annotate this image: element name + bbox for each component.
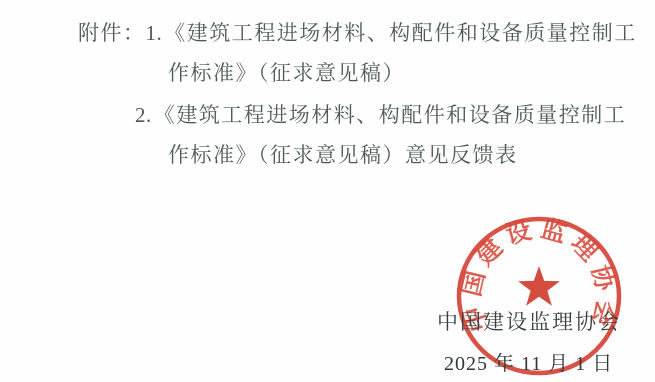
attachment-item-2-line-2: 作标准》（征求意见稿）意见反馈表	[168, 139, 518, 169]
attachment-label: 附件：	[78, 21, 146, 45]
attachment-item-1-line-1: 附件：1.《建筑工程进场材料、构配件和设备质量控制工	[78, 17, 637, 47]
attachment-item-1-text-cont: 作标准》（征求意见稿）	[168, 61, 405, 85]
attachment-item-2-number: 2.	[135, 103, 154, 127]
attachment-item-2-text: 《建筑工程进场材料、构配件和设备质量控制工	[154, 103, 627, 127]
attachment-item-2-text-cont: 作标准》（征求意见稿）意见反馈表	[168, 143, 518, 167]
signature-organization: 中国建设监理协会	[437, 306, 621, 336]
star-icon	[518, 266, 560, 306]
attachment-item-1-line-2: 作标准》（征求意见稿）	[168, 57, 405, 87]
attachment-item-2-line-1: 2.《建筑工程进场材料、构配件和设备质量控制工	[135, 99, 626, 129]
attachment-item-1-text: 《建筑工程进场材料、构配件和设备质量控制工	[164, 21, 637, 45]
document-page: 附件：1.《建筑工程进场材料、构配件和设备质量控制工 作标准》（征求意见稿） 2…	[0, 0, 655, 382]
attachment-item-1-number: 1.	[146, 21, 165, 45]
signature-date: 2025 年 11 月 1 日	[444, 347, 613, 376]
